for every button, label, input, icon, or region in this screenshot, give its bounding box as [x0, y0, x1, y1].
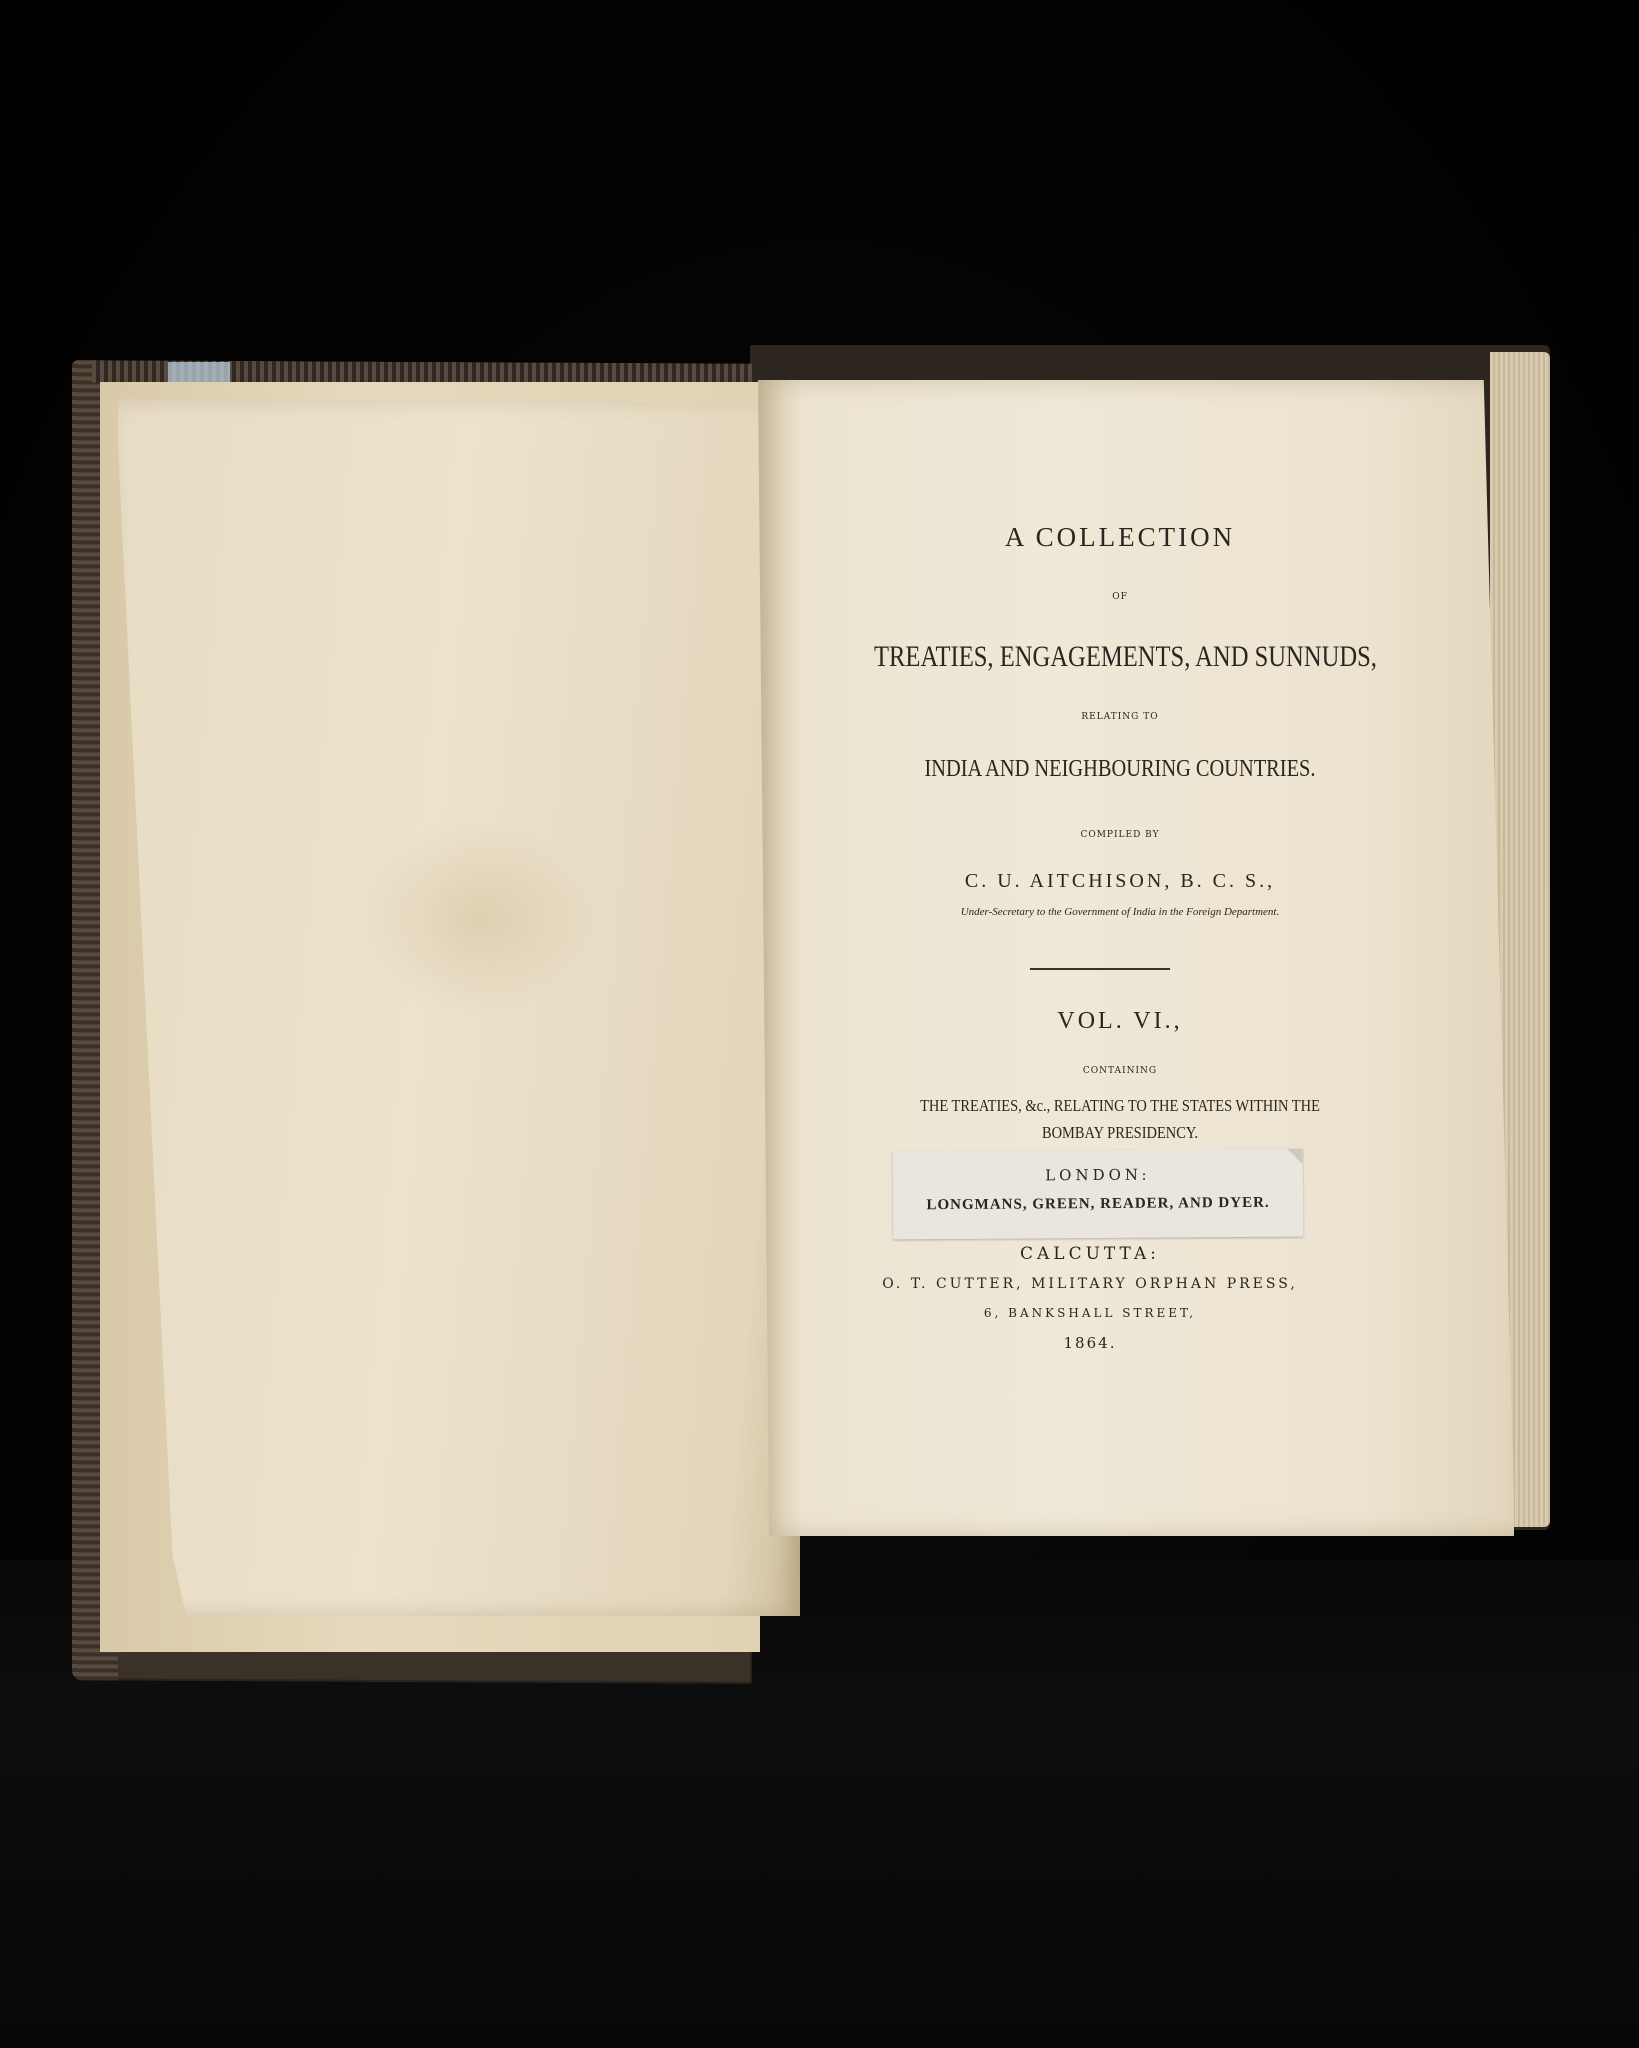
imprint-address: 6, BANKSHALL STREET, [840, 1306, 1340, 1320]
title-line-india: INDIA AND NEIGHBOURING COUNTRIES. [865, 756, 1375, 783]
slip-publisher: LONGMANS, GREEN, READER, AND DYER. [893, 1195, 1303, 1215]
foxing-stain [358, 818, 598, 1018]
title-page [758, 380, 1514, 1536]
volume-number: VOL. VI., [820, 1008, 1420, 1035]
blank-flyleaf [118, 398, 800, 1616]
containing-label: CONTAINING [820, 1066, 1420, 1076]
imprint-city: CALCUTTA: [840, 1244, 1340, 1264]
pasted-publisher-slip: LONDON: LONGMANS, GREEN, READER, AND DYE… [893, 1149, 1304, 1240]
title-line-collection: A COLLECTION [820, 522, 1420, 553]
slip-city: LONDON: [893, 1165, 1303, 1186]
imprint-printer: O. T. CUTTER, MILITARY ORPHAN PRESS, [840, 1276, 1340, 1292]
title-line-compiled: COMPILED BY [820, 830, 1420, 840]
title-line-of: OF [820, 592, 1420, 602]
slip-folded-corner [1285, 1149, 1303, 1163]
title-line-treaties: TREATIES, ENGAGEMENTS, AND SUNNUDS, [874, 640, 1366, 674]
divider-rule [1030, 968, 1170, 970]
subject-line-2: BOMBAY PRESIDENCY. [865, 1123, 1375, 1143]
subject-line-1: THE TREATIES, &c., RELATING TO THE STATE… [865, 1096, 1375, 1116]
title-line-relating: RELATING TO [820, 712, 1420, 722]
author-name: C. U. AITCHISON, B. C. S., [820, 870, 1420, 893]
author-position: Under-Secretary to the Government of Ind… [820, 906, 1420, 918]
imprint-year: 1864. [840, 1334, 1340, 1352]
